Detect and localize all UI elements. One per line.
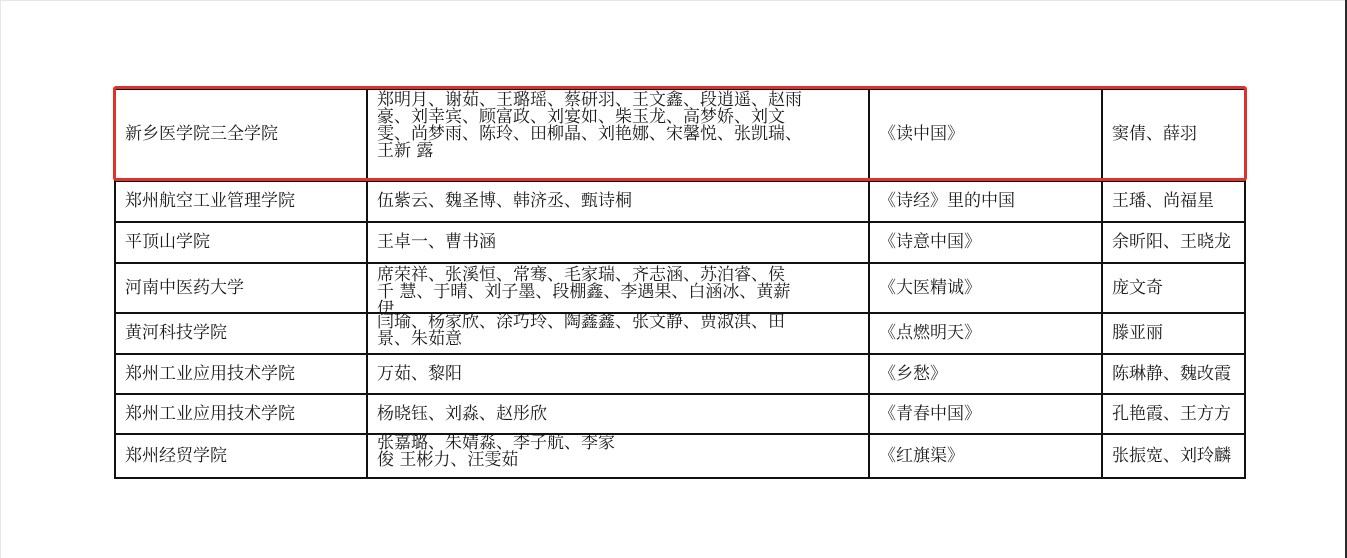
teacher-names: 余昕阳、王晓龙 [1112,234,1231,251]
school-cell: 河南中医药大学 [114,263,366,313]
grid-line [114,88,1246,90]
teachers-cell: 王璠、尚福星 [1101,181,1246,222]
school-cell: 郑州经贸学院 [114,434,366,478]
grid-line [114,180,1246,182]
student-names: 王卓一、曹书涵 [377,234,496,251]
school-name: 郑州工业应用技术学院 [125,366,295,383]
school-name: 郑州航空工业管理学院 [125,193,295,210]
teacher-names: 窦倩、薛羽 [1112,126,1197,143]
work-cell: 《大医精诚》 [868,263,1101,313]
school-cell: 郑州航空工业管理学院 [114,181,366,222]
work-cell: 《诗意中国》 [868,222,1101,263]
school-cell: 黄河科技学院 [114,313,366,354]
work-cell: 《乡愁》 [868,354,1101,394]
school-name: 郑州工业应用技术学院 [125,406,295,423]
teacher-names: 孔艳霞、王方方 [1112,406,1231,423]
grid-line [114,353,1246,355]
work-title: 《诗意中国》 [879,234,981,251]
work-title: 《大医精诚》 [879,280,981,297]
school-cell: 郑州工业应用技术学院 [114,394,366,434]
work-cell: 《点燃明天》 [868,313,1101,354]
table-row: 新乡医学院三全学院 郑明月、谢茹、王璐瑶、蔡研羽、王文鑫、段逍遥、赵雨 豪、刘幸… [114,88,1246,181]
teacher-names: 庞文奇 [1112,280,1163,297]
students-cell: 王卓一、曹书涵 [366,222,868,263]
student-names: 闫瑜、杨家欣、涂巧玲、陶鑫鑫、张文静、贾淑淇、田 景、朱茹意 [377,313,785,348]
grid-line [114,312,1246,314]
school-name: 郑州经贸学院 [125,448,227,465]
student-names: 张嘉璐、朱婧淼、李子航、李家 俊 王彬力、汪雯茹 [377,434,615,469]
teacher-names: 陈琳静、魏改霞 [1112,366,1231,383]
student-names: 席荣祥、张溪恒、常骞、毛家瑞、齐志涵、苏泊睿、侯 千 慧、于晴、刘子墨、段棚鑫、… [377,263,790,313]
page-edge [0,0,1,558]
grid-line [114,262,1246,264]
school-name: 黄河科技学院 [125,325,227,342]
work-title: 《点燃明天》 [879,325,981,342]
table-row: 黄河科技学院 闫瑜、杨家欣、涂巧玲、陶鑫鑫、张文静、贾淑淇、田 景、朱茹意 《点… [114,313,1246,354]
table-row: 郑州航空工业管理学院 伍紫云、魏圣博、韩济丞、甄诗桐 《诗经》里的中国 王璠、尚… [114,181,1246,222]
teachers-cell: 孔艳霞、王方方 [1101,394,1246,434]
student-names: 伍紫云、魏圣博、韩济丞、甄诗桐 [377,193,632,210]
teachers-cell: 庞文奇 [1101,263,1246,313]
students-cell: 伍紫云、魏圣博、韩济丞、甄诗桐 [366,181,868,222]
students-cell: 闫瑜、杨家欣、涂巧玲、陶鑫鑫、张文静、贾淑淇、田 景、朱茹意 [366,313,868,354]
work-cell: 《诗经》里的中国 [868,181,1101,222]
grid-line [114,477,1246,479]
teacher-names: 滕亚丽 [1112,325,1163,342]
students-cell: 万茹、黎阳 [366,354,868,394]
grid-line [114,393,1246,395]
work-cell: 《读中国》 [868,88,1101,181]
teachers-cell: 窦倩、薛羽 [1101,88,1246,181]
students-cell: 郑明月、谢茹、王璐瑶、蔡研羽、王文鑫、段逍遥、赵雨 豪、刘幸宾、顾富政、刘宴如、… [366,88,868,181]
school-name: 河南中医药大学 [125,280,244,297]
table-row: 郑州工业应用技术学院 杨晓钰、刘淼、赵彤欣 《青春中国》 孔艳霞、王方方 [114,394,1246,434]
table-row: 河南中医药大学 席荣祥、张溪恒、常骞、毛家瑞、齐志涵、苏泊睿、侯 千 慧、于晴、… [114,263,1246,313]
school-cell: 郑州工业应用技术学院 [114,354,366,394]
table-row: 郑州工业应用技术学院 万茹、黎阳 《乡愁》 陈琳静、魏改霞 [114,354,1246,394]
work-cell: 《红旗渠》 [868,434,1101,478]
school-cell: 平顶山学院 [114,222,366,263]
student-names: 杨晓钰、刘淼、赵彤欣 [377,406,547,423]
table-row: 郑州经贸学院 张嘉璐、朱婧淼、李子航、李家 俊 王彬力、汪雯茹 《红旗渠》 张振… [114,434,1246,478]
page-edge [0,0,1347,1]
school-name: 新乡医学院三全学院 [125,126,278,143]
table-row: 平顶山学院 王卓一、曹书涵 《诗意中国》 余昕阳、王晓龙 [114,222,1246,263]
teachers-cell: 余昕阳、王晓龙 [1101,222,1246,263]
student-names: 万茹、黎阳 [377,366,462,383]
work-title: 《青春中国》 [879,406,981,423]
student-names: 郑明月、谢茹、王璐瑶、蔡研羽、王文鑫、段逍遥、赵雨 豪、刘幸宾、顾富政、刘宴如、… [377,88,802,160]
teacher-names: 张振宽、刘玲麟 [1112,448,1231,465]
work-title: 《诗经》里的中国 [879,193,1015,210]
school-name: 平顶山学院 [125,234,210,251]
students-cell: 杨晓钰、刘淼、赵彤欣 [366,394,868,434]
grid-line [114,221,1246,223]
students-cell: 张嘉璐、朱婧淼、李子航、李家 俊 王彬力、汪雯茹 [366,434,868,478]
work-title: 《乡愁》 [879,366,947,383]
grid-line [114,433,1246,435]
work-title: 《读中国》 [879,126,964,143]
teachers-cell: 张振宽、刘玲麟 [1101,434,1246,478]
work-cell: 《青春中国》 [868,394,1101,434]
school-cell: 新乡医学院三全学院 [114,88,366,181]
teachers-cell: 滕亚丽 [1101,313,1246,354]
teachers-cell: 陈琳静、魏改霞 [1101,354,1246,394]
work-title: 《红旗渠》 [879,448,964,465]
students-cell: 席荣祥、张溪恒、常骞、毛家瑞、齐志涵、苏泊睿、侯 千 慧、于晴、刘子墨、段棚鑫、… [366,263,868,313]
teacher-names: 王璠、尚福星 [1112,193,1214,210]
